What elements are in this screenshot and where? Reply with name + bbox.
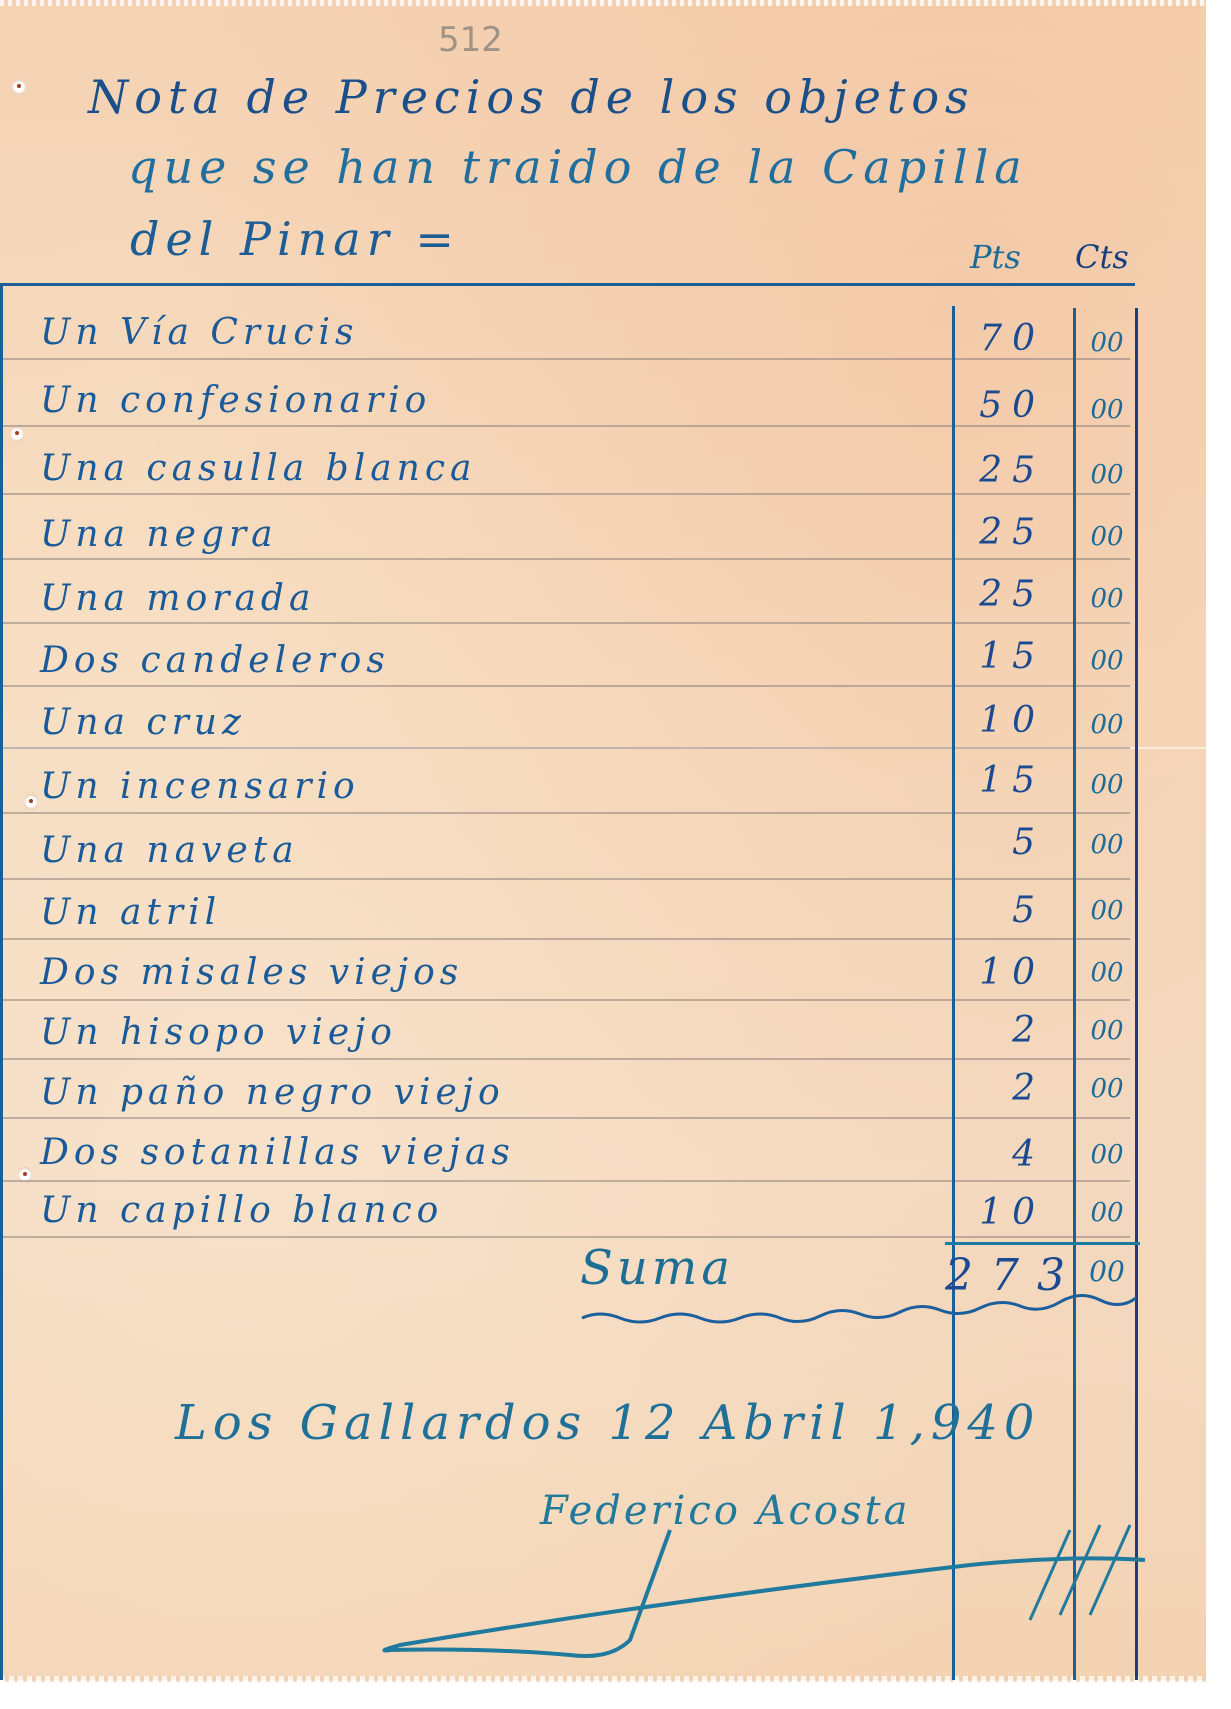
item-description: Un atril (40, 892, 221, 933)
item-description: Un confesionario (40, 380, 431, 421)
title-line-1: Nota de Precios de los objetos (88, 70, 975, 124)
ruled-line (0, 685, 1130, 687)
item-description: Un incensario (40, 766, 360, 807)
left-margin-line (0, 283, 3, 1680)
ruled-line (0, 1236, 1130, 1238)
item-pesetas: 2 (935, 1010, 1045, 1051)
item-pesetas: 15 (935, 636, 1045, 677)
ruled-line (0, 1180, 1130, 1182)
item-pesetas: 25 (935, 574, 1045, 615)
item-centimos: 00 (1082, 770, 1132, 800)
ruled-line (0, 493, 1130, 495)
item-pesetas: 5 (935, 890, 1045, 931)
item-pesetas: 25 (935, 450, 1045, 491)
item-pesetas: 25 (935, 512, 1045, 553)
column-header-pesetas: Pts (970, 238, 1021, 276)
item-centimos: 00 (1082, 896, 1132, 926)
wavy-underline (580, 1296, 1140, 1326)
item-description: Un hisopo viejo (40, 1012, 397, 1053)
item-description: Dos candeleros (40, 640, 390, 681)
ruled-line (0, 747, 1130, 749)
ruled-line (0, 938, 1130, 940)
title-line-3: del Pinar = (130, 212, 460, 266)
item-centimos: 00 (1082, 522, 1132, 552)
total-centimos: 00 (1082, 1255, 1132, 1288)
item-centimos: 00 (1082, 1198, 1132, 1228)
item-pesetas: 4 (935, 1134, 1045, 1175)
sum-separator-line (945, 1242, 1140, 1245)
column-header-centimos: Cts (1075, 238, 1129, 276)
ruled-line (0, 622, 1130, 624)
item-description: Una negra (40, 514, 278, 555)
item-centimos: 00 (1082, 710, 1132, 740)
ruled-line (0, 1058, 1130, 1060)
ruled-line (0, 999, 1130, 1001)
punch-hole (12, 78, 26, 96)
item-centimos: 00 (1082, 328, 1132, 358)
centimos-column-line (1073, 308, 1076, 1680)
signature-flourish (370, 1530, 1150, 1670)
item-centimos: 00 (1082, 830, 1132, 860)
torn-bottom-edge (0, 1676, 1206, 1682)
item-description: Dos sotanillas viejas (40, 1132, 515, 1173)
item-description: Un paño negro viejo (40, 1072, 505, 1113)
item-pesetas: 2 (935, 1068, 1045, 1109)
signature: Federico Acosta (540, 1488, 910, 1534)
item-pesetas: 10 (935, 952, 1045, 993)
item-pesetas: 15 (935, 760, 1045, 801)
perforated-top-edge (0, 0, 1206, 6)
item-centimos: 00 (1082, 1016, 1132, 1046)
total-pesetas: 273 (945, 1250, 1083, 1301)
ruled-line (0, 558, 1130, 560)
ruled-line (0, 812, 1130, 814)
paper-sheet: 512 Nota de Precios de los objetos que s… (0, 0, 1206, 1680)
item-centimos: 00 (1082, 584, 1132, 614)
item-pesetas: 70 (935, 318, 1045, 359)
item-pesetas: 10 (935, 1192, 1045, 1233)
ruled-line (0, 878, 1130, 880)
item-description: Una casulla blanca (40, 448, 476, 489)
item-pesetas: 50 (935, 385, 1045, 426)
table-header-rule (0, 283, 1135, 286)
title-line-2: que se han traido de la Capilla (128, 140, 1028, 194)
item-description: Una cruz (40, 702, 246, 743)
place-and-date: Los Gallardos 12 Abril 1,940 (175, 1395, 1040, 1451)
right-column-line (1135, 308, 1138, 1680)
punch-hole (10, 425, 24, 443)
punch-hole (24, 793, 38, 811)
item-description: Un capillo blanco (40, 1190, 443, 1231)
item-description: Un Vía Crucis (40, 312, 358, 353)
archive-number: 512 (438, 20, 503, 60)
total-label: Suma (580, 1240, 734, 1296)
item-pesetas: 5 (935, 822, 1045, 863)
item-centimos: 00 (1082, 958, 1132, 988)
item-description: Una naveta (40, 830, 299, 871)
ruled-line (0, 1117, 1130, 1119)
item-centimos: 00 (1082, 1074, 1132, 1104)
item-description: Una morada (40, 578, 315, 619)
item-centimos: 00 (1082, 460, 1132, 490)
item-centimos: 00 (1082, 1140, 1132, 1170)
item-centimos: 00 (1082, 646, 1132, 676)
item-pesetas: 10 (935, 700, 1045, 741)
item-centimos: 00 (1082, 395, 1132, 425)
item-description: Dos misales viejos (40, 952, 463, 993)
